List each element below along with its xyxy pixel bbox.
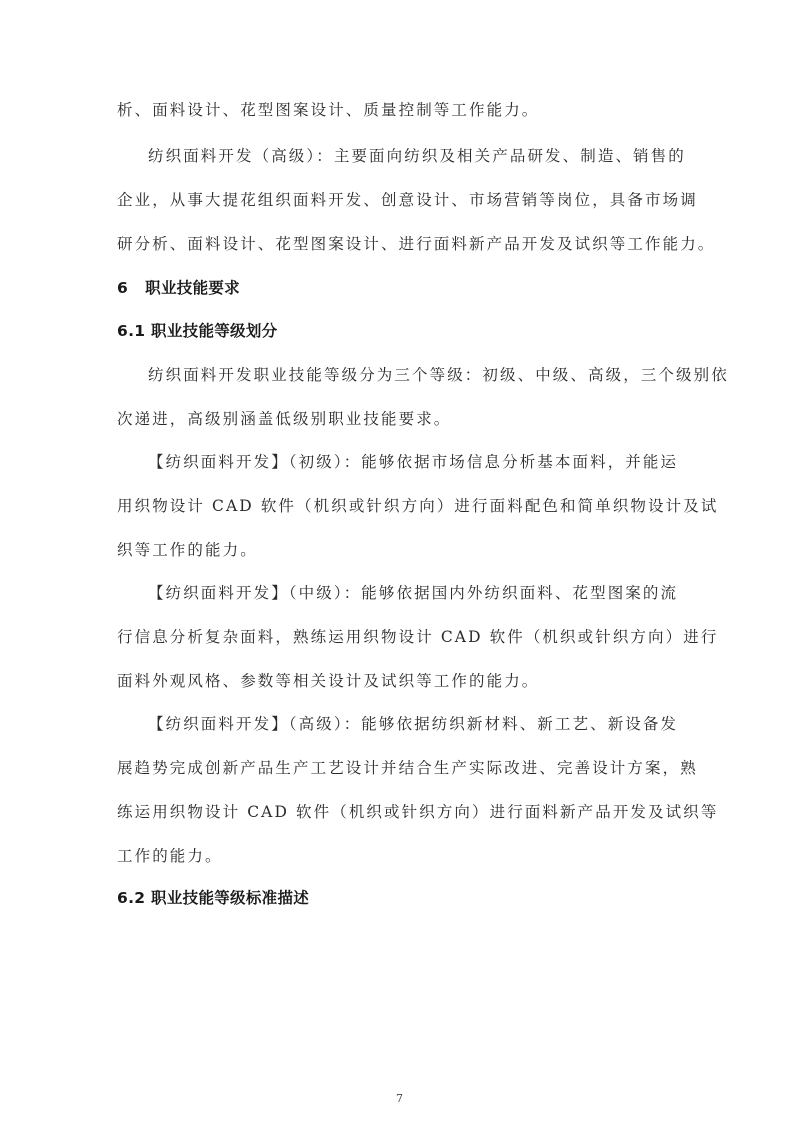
subsection-heading: 6.2 职业技能等级标准描述 [117,888,687,908]
document-page: 析、面料设计、花型图案设计、质量控制等工作能力。 纺织面料开发（高级）：主要面向… [0,0,799,1138]
subsection-heading: 6.1 职业技能等级划分 [117,321,687,341]
paragraph-line: 次递进，高级别涵盖低级别职业技能要求。 [117,409,687,429]
paragraph-line: 纺织面料开发（高级）：主要面向纺织及相关产品研发、制造、销售的 [148,146,718,166]
section-heading: 6 职业技能要求 [117,278,687,298]
paragraph-line: 企业，从事大提花组织面料开发、创意设计、市场营销等岗位，具备市场调 [117,190,687,210]
paragraph-line: 工作的能力。 [117,846,687,866]
paragraph-line: 研分析、面料设计、花型图案设计、进行面料新产品开发及试织等工作能力。 [117,234,687,254]
paragraph-line: 纺织面料开发职业技能等级分为三个等级：初级、中级、高级，三个级别依 [148,365,718,385]
paragraph-line: 展趋势完成创新产品生产工艺设计并结合生产实际改进、完善设计方案，熟 [117,758,687,778]
paragraph-line: 析、面料设计、花型图案设计、质量控制等工作能力。 [117,100,687,120]
paragraph-line: 用织物设计 CAD 软件（机织或针织方向）进行面料配色和简单织物设计及试 [117,496,687,516]
paragraph-line: 面料外观风格、参数等相关设计及试织等工作的能力。 [117,671,687,691]
paragraph-line: 织等工作的能力。 [117,540,687,560]
paragraph-line: 练运用织物设计 CAD 软件（机织或针织方向）进行面料新产品开发及试织等 [117,802,687,822]
page-number: 7 [0,1092,799,1105]
paragraph-line: 【纺织面料开发】（初级）：能够依据市场信息分析基本面料，并能运 [148,452,718,472]
paragraph-line: 行信息分析复杂面料，熟练运用织物设计 CAD 软件（机织或针织方向）进行 [117,627,687,647]
paragraph-line: 【纺织面料开发】（中级）：能够依据国内外纺织面料、花型图案的流 [148,583,718,603]
paragraph-line: 【纺织面料开发】（高级）：能够依据纺织新材料、新工艺、新设备发 [148,714,718,734]
